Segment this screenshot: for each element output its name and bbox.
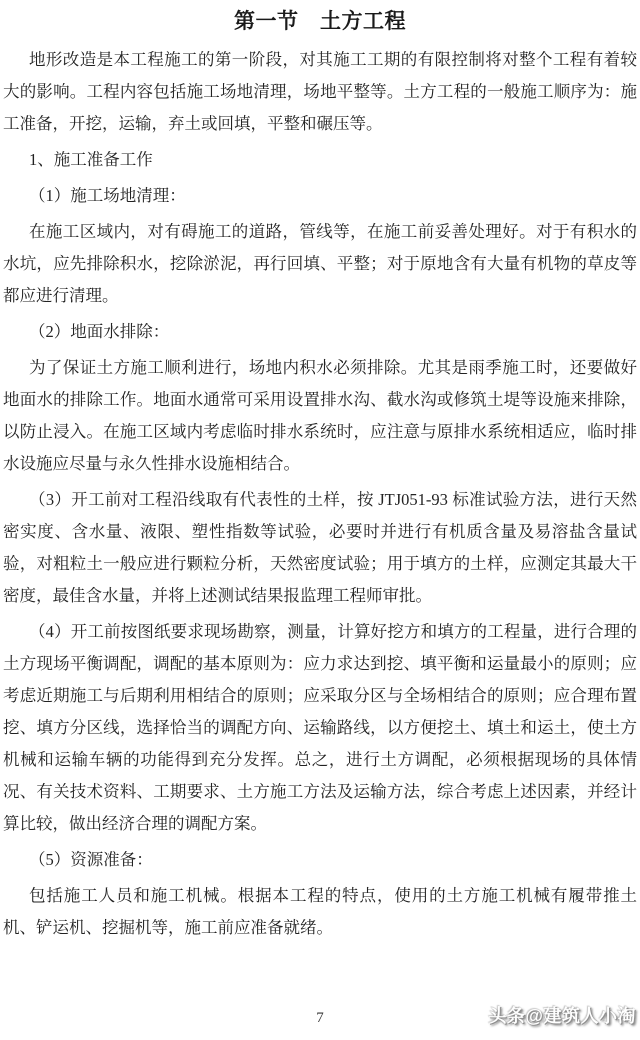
paragraph-site-clearing: 在施工区域内，对有碍施工的道路，管线等，在施工前妥善处理好。对于有积水的水坑，应… xyxy=(3,216,637,312)
item-1-site-clearing-heading: （1）施工场地清理： xyxy=(3,180,637,212)
heading-1-construction-preparation: 1、施工准备工作 xyxy=(3,144,637,176)
item-5-resource-preparation-heading: （5）资源准备： xyxy=(3,844,637,876)
paragraph-resource-preparation: 包括施工人员和施工机械。根据本工程的特点，使用的土方施工机械有履带推土机、铲运机… xyxy=(3,880,637,944)
paragraph-surface-water-drainage: 为了保证土方施工顺利进行，场地内积水必须排除。尤其是雨季施工时，还要做好地面水的… xyxy=(3,352,637,480)
item-4-earthwork-allocation: （4）开工前按图纸要求现场勘察，测量，计算好挖方和填方的工程量，进行合理的土方现… xyxy=(3,616,637,840)
item-3-soil-sampling: （3）开工前对工程沿线取有代表性的土样，按 JTJ051-93 标准试验方法，进… xyxy=(3,484,637,612)
toutiao-watermark: 头条@建筑人小淘 xyxy=(488,1002,636,1028)
page-footer: 7 头条@建筑人小淘 xyxy=(0,996,640,1040)
section-title: 第一节 土方工程 xyxy=(3,8,637,34)
paragraph-intro: 地形改造是本工程施工的第一阶段，对其施工工期的有限控制将对整个工程有着较大的影响… xyxy=(3,44,637,140)
item-2-surface-water-heading: （2）地面水排除： xyxy=(3,316,637,348)
document-page: 第一节 土方工程 地形改造是本工程施工的第一阶段，对其施工工期的有限控制将对整个… xyxy=(0,0,640,1040)
